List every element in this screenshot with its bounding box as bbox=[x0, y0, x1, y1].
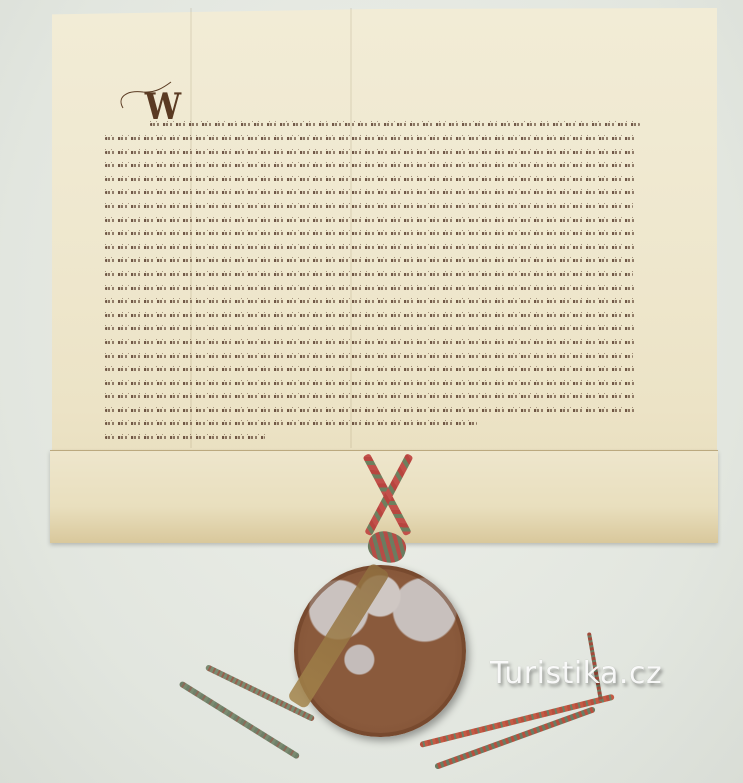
script-line bbox=[105, 377, 640, 391]
script-line bbox=[105, 254, 640, 268]
script-line bbox=[105, 309, 640, 323]
script-line bbox=[105, 282, 640, 296]
script-line bbox=[105, 241, 640, 255]
script-line bbox=[105, 322, 640, 336]
script-line bbox=[105, 173, 640, 187]
script-line bbox=[105, 268, 640, 282]
script-line bbox=[105, 227, 640, 241]
script-line bbox=[105, 295, 640, 309]
script-line bbox=[105, 132, 640, 146]
script-line bbox=[150, 118, 640, 132]
script-line bbox=[105, 350, 640, 364]
script-line bbox=[105, 146, 640, 160]
script-line bbox=[105, 363, 640, 377]
charter-text-body bbox=[105, 132, 640, 445]
script-line bbox=[105, 200, 640, 214]
script-line bbox=[105, 404, 640, 418]
script-line bbox=[105, 186, 640, 200]
watermark: Turistika.cz bbox=[490, 656, 662, 691]
script-line bbox=[105, 159, 640, 173]
script-line bbox=[105, 390, 640, 404]
charter-text-first-line bbox=[150, 118, 640, 132]
script-line bbox=[105, 417, 640, 431]
script-line bbox=[105, 431, 640, 445]
script-line bbox=[105, 336, 640, 350]
script-line bbox=[105, 214, 640, 228]
